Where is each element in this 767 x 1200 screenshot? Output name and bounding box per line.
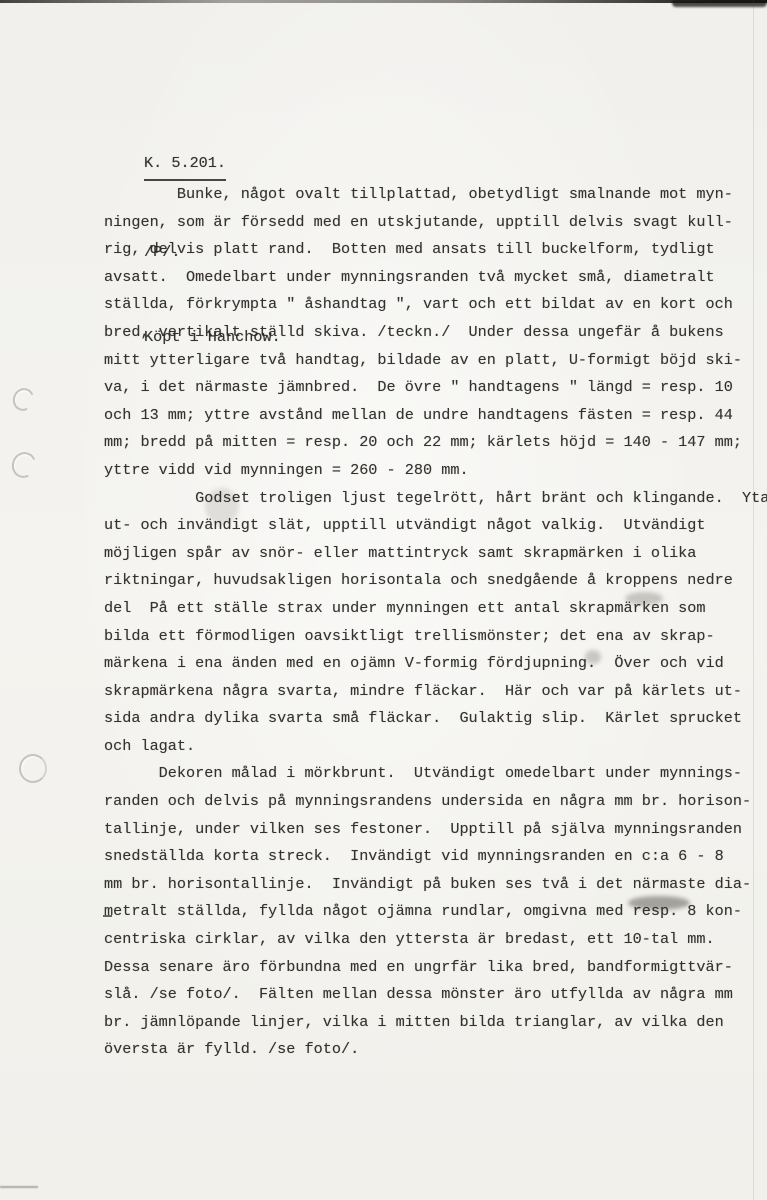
punch-hole bbox=[10, 385, 38, 414]
scan-top-edge bbox=[0, 0, 767, 3]
text-line: del På ett ställe strax under mynningen … bbox=[104, 595, 767, 623]
text-line: och 13 mm; yttre avstånd mellan de undre… bbox=[104, 402, 767, 430]
text-line: metralt ställda, fyllda något ojämna run… bbox=[104, 898, 767, 926]
text-line: sida andra dylika svarta små fläckar. Gu… bbox=[104, 705, 767, 733]
text-line: mitt ytterligare två handtag, bildade av… bbox=[104, 347, 767, 375]
text-line: slå. /se foto/. Fälten mellan dessa möns… bbox=[104, 981, 767, 1009]
text-line: mm; bredd på mitten = resp. 20 och 22 mm… bbox=[104, 429, 767, 457]
paragraph: Dekoren målad i mörkbrunt. Utvändigt ome… bbox=[104, 760, 767, 1064]
text-line: möjligen spår av snör- eller mattintryck… bbox=[104, 540, 767, 568]
punch-hole bbox=[19, 754, 47, 783]
scan-bottom-mark bbox=[0, 1186, 38, 1188]
text-line: snedställda korta streck. Invändigt vid … bbox=[104, 843, 767, 871]
text-line: ut- och invändigt slät, upptill utvändig… bbox=[104, 512, 767, 540]
text-line: centriska cirklar, av vilka den yttersta… bbox=[104, 926, 767, 954]
text-line: Dessa senare äro förbundna med en ungrfä… bbox=[104, 954, 767, 982]
text-line: översta är fylld. /se foto/. bbox=[104, 1036, 767, 1064]
text-line: tallinje, under vilken ses festoner. Upp… bbox=[104, 816, 767, 844]
text-line: märkena i ena änden med en ojämn V-formi… bbox=[104, 650, 767, 678]
paragraph: Godset troligen ljust tegelrött, hårt br… bbox=[104, 485, 767, 761]
text-line: ställda, förkrympta " åshandtag ", vart … bbox=[104, 291, 767, 319]
text-line: rig, delvis platt rand. Botten med ansat… bbox=[104, 236, 767, 264]
text-line: skrapmärkena några svarta, mindre fläcka… bbox=[104, 678, 767, 706]
text-line: bilda ett förmodligen oavsiktligt trelli… bbox=[104, 623, 767, 651]
text-line: mm br. horisontallinje. Invändigt på buk… bbox=[104, 871, 767, 899]
text-line: och lagat. bbox=[104, 733, 767, 761]
text-line: yttre vidd vid mynningen = 260 - 280 mm. bbox=[104, 457, 767, 485]
catalog-number: K. 5.201. bbox=[144, 149, 226, 181]
text-line: va, i det närmaste jämnbred. De övre " h… bbox=[104, 374, 767, 402]
text-line: Bunke, något ovalt tillplattad, obetydli… bbox=[104, 181, 767, 209]
punch-hole bbox=[8, 449, 39, 482]
catalog-number-line: K. 5.201. bbox=[144, 149, 281, 181]
text-line: avsatt. Omedelbart under mynningsranden … bbox=[104, 264, 767, 292]
text-line: riktningar, huvudsakligen horisontala oc… bbox=[104, 567, 767, 595]
text-line: Dekoren målad i mörkbrunt. Utvändigt ome… bbox=[104, 760, 767, 788]
document-body: Bunke, något ovalt tillplattad, obetydli… bbox=[104, 181, 767, 1064]
text-line: Godset troligen ljust tegelrött, hårt br… bbox=[104, 485, 767, 513]
text-line: randen och delvis på mynningsrandens und… bbox=[104, 788, 767, 816]
paragraph: Bunke, något ovalt tillplattad, obetydli… bbox=[104, 181, 767, 485]
text-line: bred, vertikalt ställd skiva. /teckn./ U… bbox=[104, 319, 767, 347]
text-line: br. jämnlöpande linjer, vilka i mitten b… bbox=[104, 1009, 767, 1037]
document-page: K. 5.201. /P/. Köpt i Hanchow. Bunke, nå… bbox=[0, 0, 767, 1200]
text-line: ningen, som är försedd med en utskjutand… bbox=[104, 209, 767, 237]
